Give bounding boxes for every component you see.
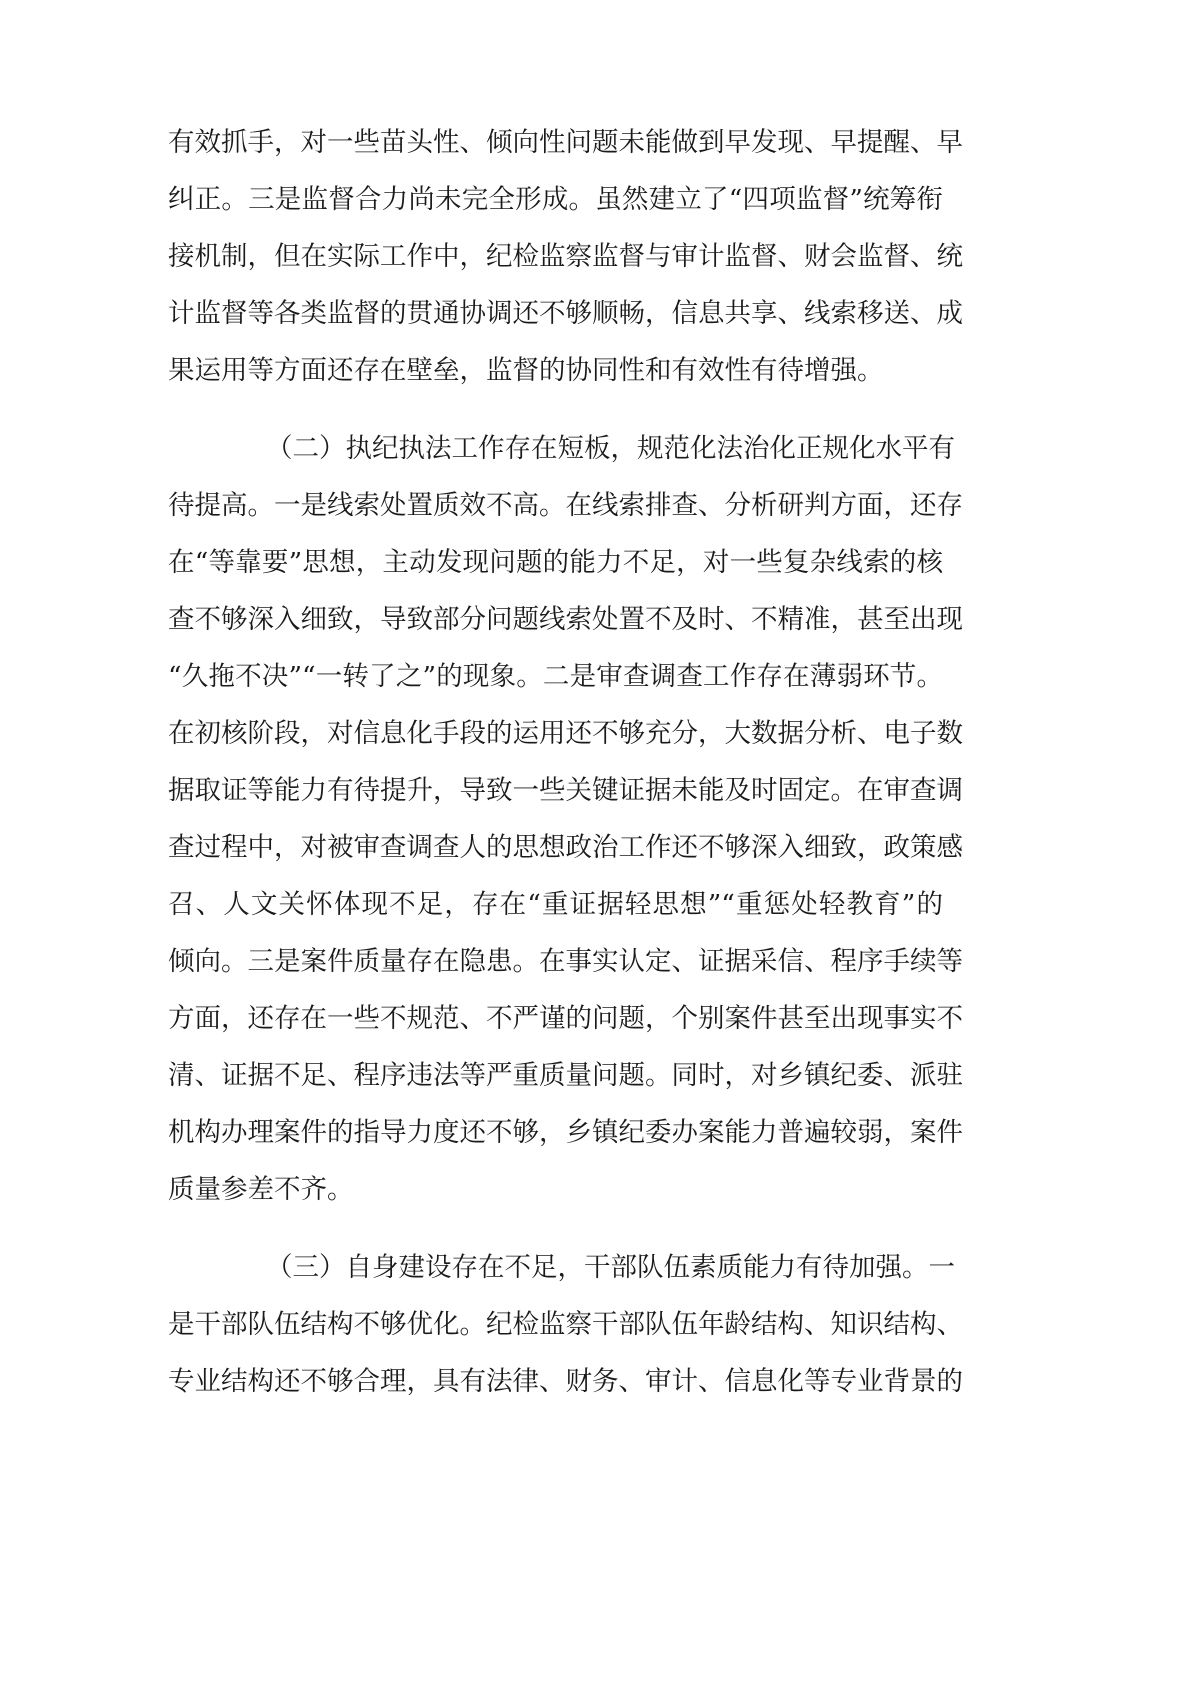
body-line: 计监督等各类监督的贯通协调还不够顺畅，信息共享、线索移送、成 [168, 294, 943, 334]
body-line: 召、人文关怀体现不足，存在“重证据轻思想”“重惩处轻教育”的 [168, 885, 943, 925]
body-line: 纠正。三是监督合力尚未完全形成。虽然建立了“四项监督”统筹衔 [168, 180, 943, 220]
body-line: 据取证等能力有待提升，导致一些关键证据未能及时固定。在审查调 [168, 771, 943, 811]
body-line: 查过程中，对被审查调查人的思想政治工作还不够深入细致，政策感 [168, 828, 943, 868]
body-line: 查不够深入细致，导致部分问题线索处置不及时、不精准，甚至出现 [168, 600, 943, 640]
body-line: “久拖不决”“一转了之”的现象。二是审查调查工作存在薄弱环节。 [168, 657, 943, 697]
body-line: 专业结构还不够合理，具有法律、财务、审计、信息化等专业背景的 [168, 1362, 943, 1402]
body-line: 待提高。一是线索处置质效不高。在线索排查、分析研判方面，还存 [168, 486, 943, 526]
body-line: 在初核阶段，对信息化手段的运用还不够充分，大数据分析、电子数 [168, 714, 943, 754]
body-line: 倾向。三是案件质量存在隐患。在事实认定、证据采信、程序手续等 [168, 942, 943, 982]
section-heading-2: （二）执纪执法工作存在短板，规范化法治化正规化水平有 [266, 429, 943, 469]
body-line: 接机制，但在实际工作中，纪检监察监督与审计监督、财会监督、统 [168, 237, 943, 277]
section-heading-3: （三）自身建设存在不足，干部队伍素质能力有待加强。一 [266, 1248, 943, 1288]
body-line: 机构办理案件的指导力度还不够，乡镇纪委办案能力普遍较弱，案件 [168, 1113, 943, 1153]
document-page: 有效抓手，对一些苗头性、倾向性问题未能做到早发现、早提醒、早 纠正。三是监督合力… [0, 0, 1190, 1683]
body-line: 清、证据不足、程序违法等严重质量问题。同时，对乡镇纪委、派驻 [168, 1056, 943, 1096]
paragraph-end-line: 质量参差不齐。 [168, 1170, 943, 1210]
body-line: 方面，还存在一些不规范、不严谨的问题，个别案件甚至出现事实不 [168, 999, 943, 1039]
body-line: 在“等靠要”思想，主动发现问题的能力不足，对一些复杂线索的核 [168, 543, 943, 583]
body-line: 是干部队伍结构不够优化。纪检监察干部队伍年龄结构、知识结构、 [168, 1305, 943, 1345]
paragraph-end-line: 果运用等方面还存在壁垒，监督的协同性和有效性有待增强。 [168, 351, 943, 391]
body-line: 有效抓手，对一些苗头性、倾向性问题未能做到早发现、早提醒、早 [168, 123, 943, 163]
